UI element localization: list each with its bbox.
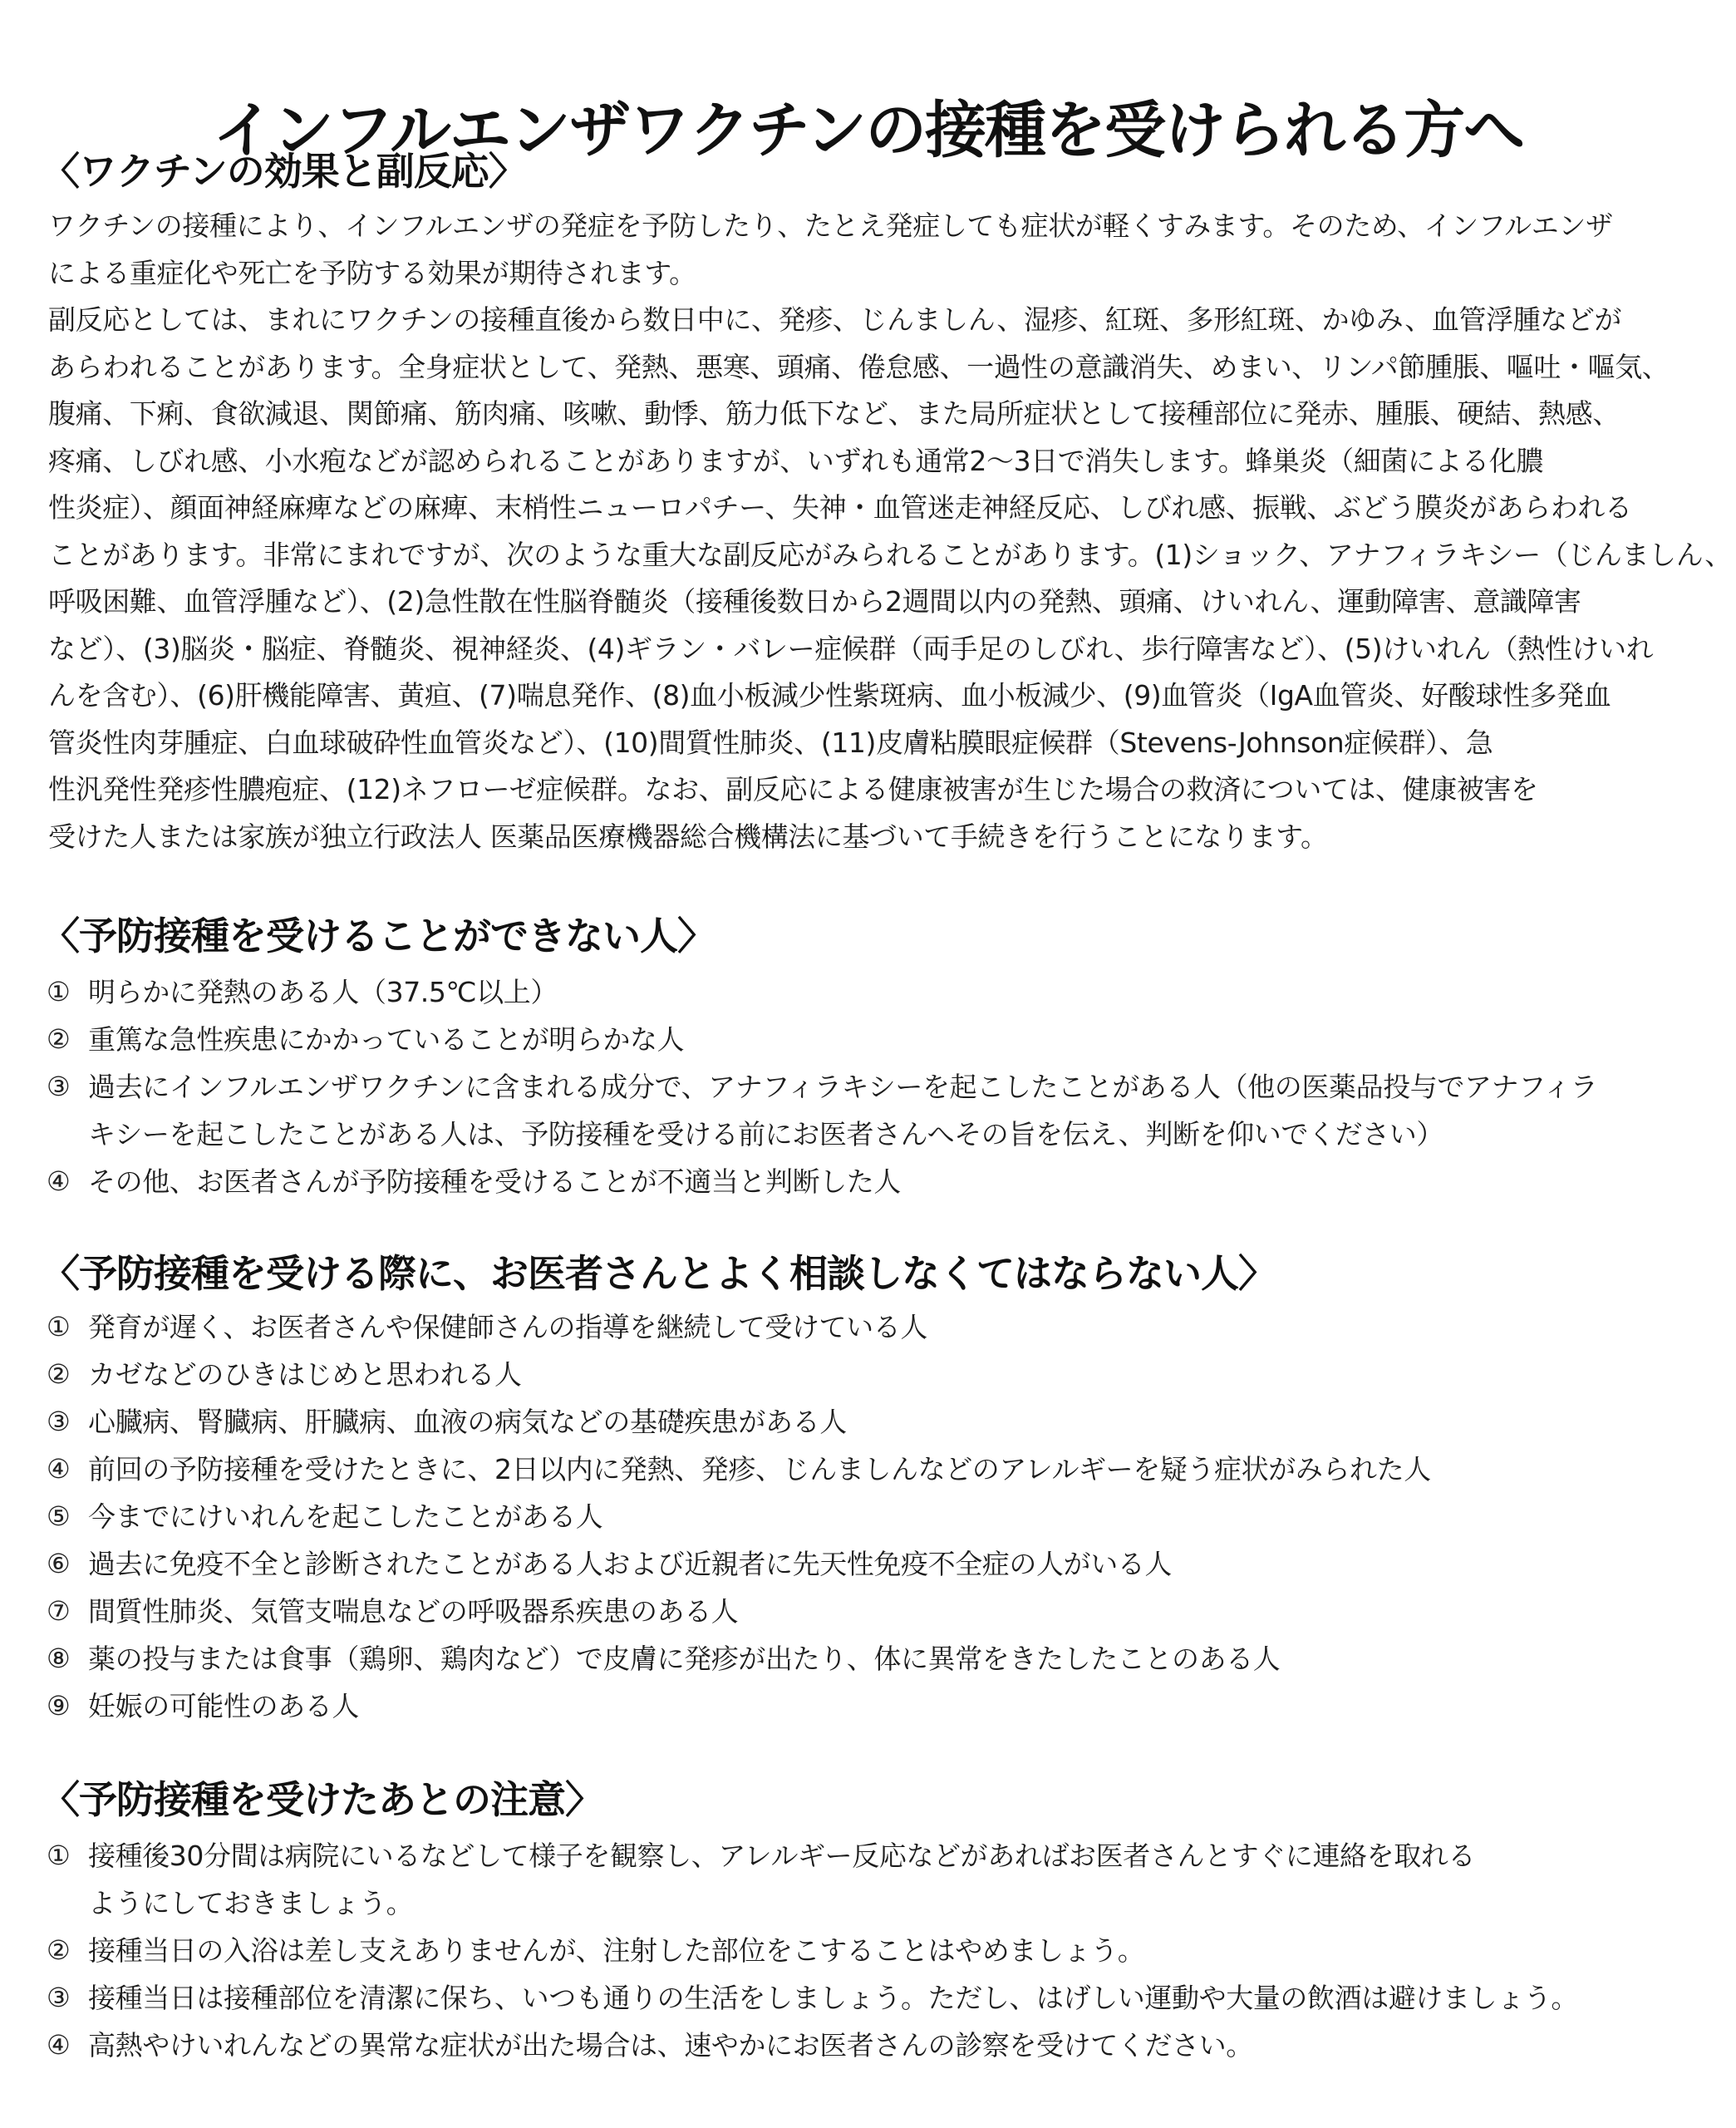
paragraph-line: など）、(3)脳炎・脳症、脊髄炎、視神経炎、(4)ギラン・バレー症候群（両手足の… <box>48 626 1677 673</box>
paragraph-line: 管炎性肉芽腫症、白血球破砕性血管炎など）、(10)間質性肺炎、(11)皮膚粘膜眼… <box>48 720 1677 767</box>
list-item: ⑨ 妊娠の可能性のある人 <box>47 1682 1692 1730</box>
item-text: 高熱やけいれんなどの異常な症状が出た場合は、速やかにお医者さんの診察を受けてくだ… <box>88 2022 1692 2069</box>
list-item: ③ 過去にインフルエンザワクチンに含まれる成分で、アナフィラキシーを起こしたこと… <box>47 1063 1692 1158</box>
list-item: ② 接種当日の入浴は差し支えありませんが、注射した部位をこすることはやめましょう… <box>47 1927 1692 1974</box>
item-text: その他、お医者さんが予防接種を受けることが不適当と判断した人 <box>88 1158 1692 1205</box>
item-text: カゼなどのひきはじめと思われる人 <box>88 1351 1692 1398</box>
paragraph-line: による重症化や死亡を予防する効果が期待されます。 <box>48 250 1677 298</box>
list-item: ⑦ 間質性肺炎、気管支喘息などの呼吸器系疾患のある人 <box>47 1588 1692 1635</box>
item-text: 明らかに発熱のある人（37.5℃以上） <box>88 968 1692 1016</box>
item-number: ① <box>47 968 88 1016</box>
list-item: ⑥ 過去に免疫不全と診断されたことがある人および近親者に先天性免疫不全症の人がい… <box>47 1540 1692 1588</box>
section-heading-after-care: 〈予防接種を受けたあとの注意〉 <box>42 1775 602 1825</box>
cannot-receive-list: ① 明らかに発熱のある人（37.5℃以上） ② 重篤な急性疾患にかかっていること… <box>47 968 1692 1205</box>
list-item: ④ 前回の予防接種を受けたときに、2日以内に発熱、発疹、じんましんなどのアレルギ… <box>47 1446 1692 1493</box>
item-text: 重篤な急性疾患にかかっていることが明らかな人 <box>88 1016 1692 1063</box>
item-text: 前回の予防接種を受けたときに、2日以内に発熱、発疹、じんましんなどのアレルギーを… <box>88 1446 1692 1493</box>
list-item: ② 重篤な急性疾患にかかっていることが明らかな人 <box>47 1016 1692 1063</box>
list-item: ③ 心臓病、腎臓病、肝臓病、血液の病気などの基礎疾患がある人 <box>47 1398 1692 1446</box>
item-number: ① <box>47 1303 88 1351</box>
item-text: 今までにけいれんを起こしたことがある人 <box>88 1493 1692 1540</box>
paragraph-line: 腹痛、下痢、食欲減退、関節痛、筋肉痛、咳嗽、動悸、筋力低下など、また局所症状とし… <box>48 391 1677 438</box>
paragraph-line: ことがあります。非常にまれですが、次のような重大な副反応がみられることがあります… <box>48 532 1677 579</box>
document-page: インフルエンザワクチンの接種を受けられる方へ 〈ワクチンの効果と副反応〉 ワクチ… <box>0 0 1736 2128</box>
item-text: 妊娠の可能性のある人 <box>88 1682 1692 1730</box>
paragraph-line: あらわれることがあります。全身症状として、発熱、悪寒、頭痛、倦怠感、一過性の意識… <box>48 344 1677 392</box>
item-number: ③ <box>47 1974 88 2022</box>
section-heading-consult: 〈予防接種を受ける際に、お医者さんとよく相談しなくてはならない人〉 <box>42 1249 1276 1298</box>
item-number: ② <box>47 1351 88 1398</box>
paragraph-line: 性炎症）、顔面神経麻痺などの麻痺、末梢性ニューロパチー、失神・血管迷走神経反応、… <box>48 485 1677 532</box>
item-text: 接種当日は接種部位を清潔に保ち、いつも通りの生活をしましょう。ただし、はげしい運… <box>88 1974 1692 2022</box>
list-item: ④ その他、お医者さんが予防接種を受けることが不適当と判断した人 <box>47 1158 1692 1205</box>
item-number: ② <box>47 1016 88 1063</box>
item-number: ⑦ <box>47 1588 88 1635</box>
item-number: ⑥ <box>47 1540 88 1588</box>
paragraph-line: 受けた人または家族が独立行政法人 医薬品医療機器総合機構法に基づいて手続きを行う… <box>48 814 1677 861</box>
effects-paragraph: ワクチンの接種により、インフルエンザの発症を予防したり、たとえ発症しても症状が軽… <box>48 203 1677 860</box>
list-item: ① 明らかに発熱のある人（37.5℃以上） <box>47 968 1692 1016</box>
item-text: 薬の投与または食事（鶏卵、鶏肉など）で皮膚に発疹が出たり、体に異常をきたしたこと… <box>88 1635 1692 1682</box>
item-number: ③ <box>47 1398 88 1446</box>
consult-list: ① 発育が遅く、お医者さんや保健師さんの指導を継続して受けている人 ② カゼなど… <box>47 1303 1692 1730</box>
item-text: ようにしておきましょう。 <box>88 1879 1692 1927</box>
item-text: 心臓病、腎臓病、肝臓病、血液の病気などの基礎疾患がある人 <box>88 1398 1692 1446</box>
item-text: 発育が遅く、お医者さんや保健師さんの指導を継続して受けている人 <box>88 1303 1692 1351</box>
paragraph-line: んを含む）、(6)肝機能障害、黄疸、(7)喘息発作、(8)血小板減少性紫斑病、血… <box>48 672 1677 720</box>
item-number: ② <box>47 1927 88 1974</box>
section-heading-effects: 〈ワクチンの効果と副反応〉 <box>42 146 526 196</box>
list-item: ② カゼなどのひきはじめと思われる人 <box>47 1351 1692 1398</box>
list-item: ⑧ 薬の投与または食事（鶏卵、鶏肉など）で皮膚に発疹が出たり、体に異常をきたした… <box>47 1635 1692 1682</box>
list-item: ① 接種後30分間は病院にいるなどして様子を観察し、アレルギー反応などがあればお… <box>47 1832 1692 1927</box>
item-text: 接種当日の入浴は差し支えありませんが、注射した部位をこすることはやめましょう。 <box>88 1927 1692 1974</box>
item-number: ④ <box>47 2022 88 2069</box>
item-number: ④ <box>47 1158 88 1205</box>
item-text: 間質性肺炎、気管支喘息などの呼吸器系疾患のある人 <box>88 1588 1692 1635</box>
item-text: 過去にインフルエンザワクチンに含まれる成分で、アナフィラキシーを起こしたことがあ… <box>88 1063 1692 1111</box>
paragraph-line: ワクチンの接種により、インフルエンザの発症を予防したり、たとえ発症しても症状が軽… <box>48 203 1677 250</box>
after-care-list: ① 接種後30分間は病院にいるなどして様子を観察し、アレルギー反応などがあればお… <box>47 1832 1692 2069</box>
list-item: ① 発育が遅く、お医者さんや保健師さんの指導を継続して受けている人 <box>47 1303 1692 1351</box>
paragraph-line: 性汎発性発疹性膿疱症、(12)ネフローゼ症候群。なお、副反応による健康被害が生じ… <box>48 766 1677 814</box>
item-text: 接種後30分間は病院にいるなどして様子を観察し、アレルギー反応などがあればお医者… <box>88 1832 1692 1879</box>
item-number: ⑤ <box>47 1493 88 1540</box>
list-item: ④ 高熱やけいれんなどの異常な症状が出た場合は、速やかにお医者さんの診察を受けて… <box>47 2022 1692 2069</box>
item-number: ⑧ <box>47 1635 88 1682</box>
item-number: ③ <box>47 1063 88 1111</box>
item-number: ④ <box>47 1446 88 1493</box>
item-text: キシーを起こしたことがある人は、予防接種を受ける前にお医者さんへその旨を伝え、判… <box>88 1111 1692 1158</box>
paragraph-line: 疼痛、しびれ感、小水疱などが認められることがありますが、いずれも通常2～3日で消… <box>48 438 1677 485</box>
list-item: ③ 接種当日は接種部位を清潔に保ち、いつも通りの生活をしましょう。ただし、はげし… <box>47 1974 1692 2022</box>
item-number: ① <box>47 1832 88 1879</box>
item-number: ⑨ <box>47 1682 88 1730</box>
item-text: 過去に免疫不全と診断されたことがある人および近親者に先天性免疫不全症の人がいる人 <box>88 1540 1692 1588</box>
section-heading-cannot-receive: 〈予防接種を受けることができない人〉 <box>42 911 715 961</box>
paragraph-line: 呼吸困難、血管浮腫など）、(2)急性散在性脳脊髄炎（接種後数日から2週間以内の発… <box>48 579 1677 626</box>
paragraph-line: 副反応としては、まれにワクチンの接種直後から数日中に、発疹、じんましん、湿疹、紅… <box>48 297 1677 344</box>
list-item: ⑤ 今までにけいれんを起こしたことがある人 <box>47 1493 1692 1540</box>
